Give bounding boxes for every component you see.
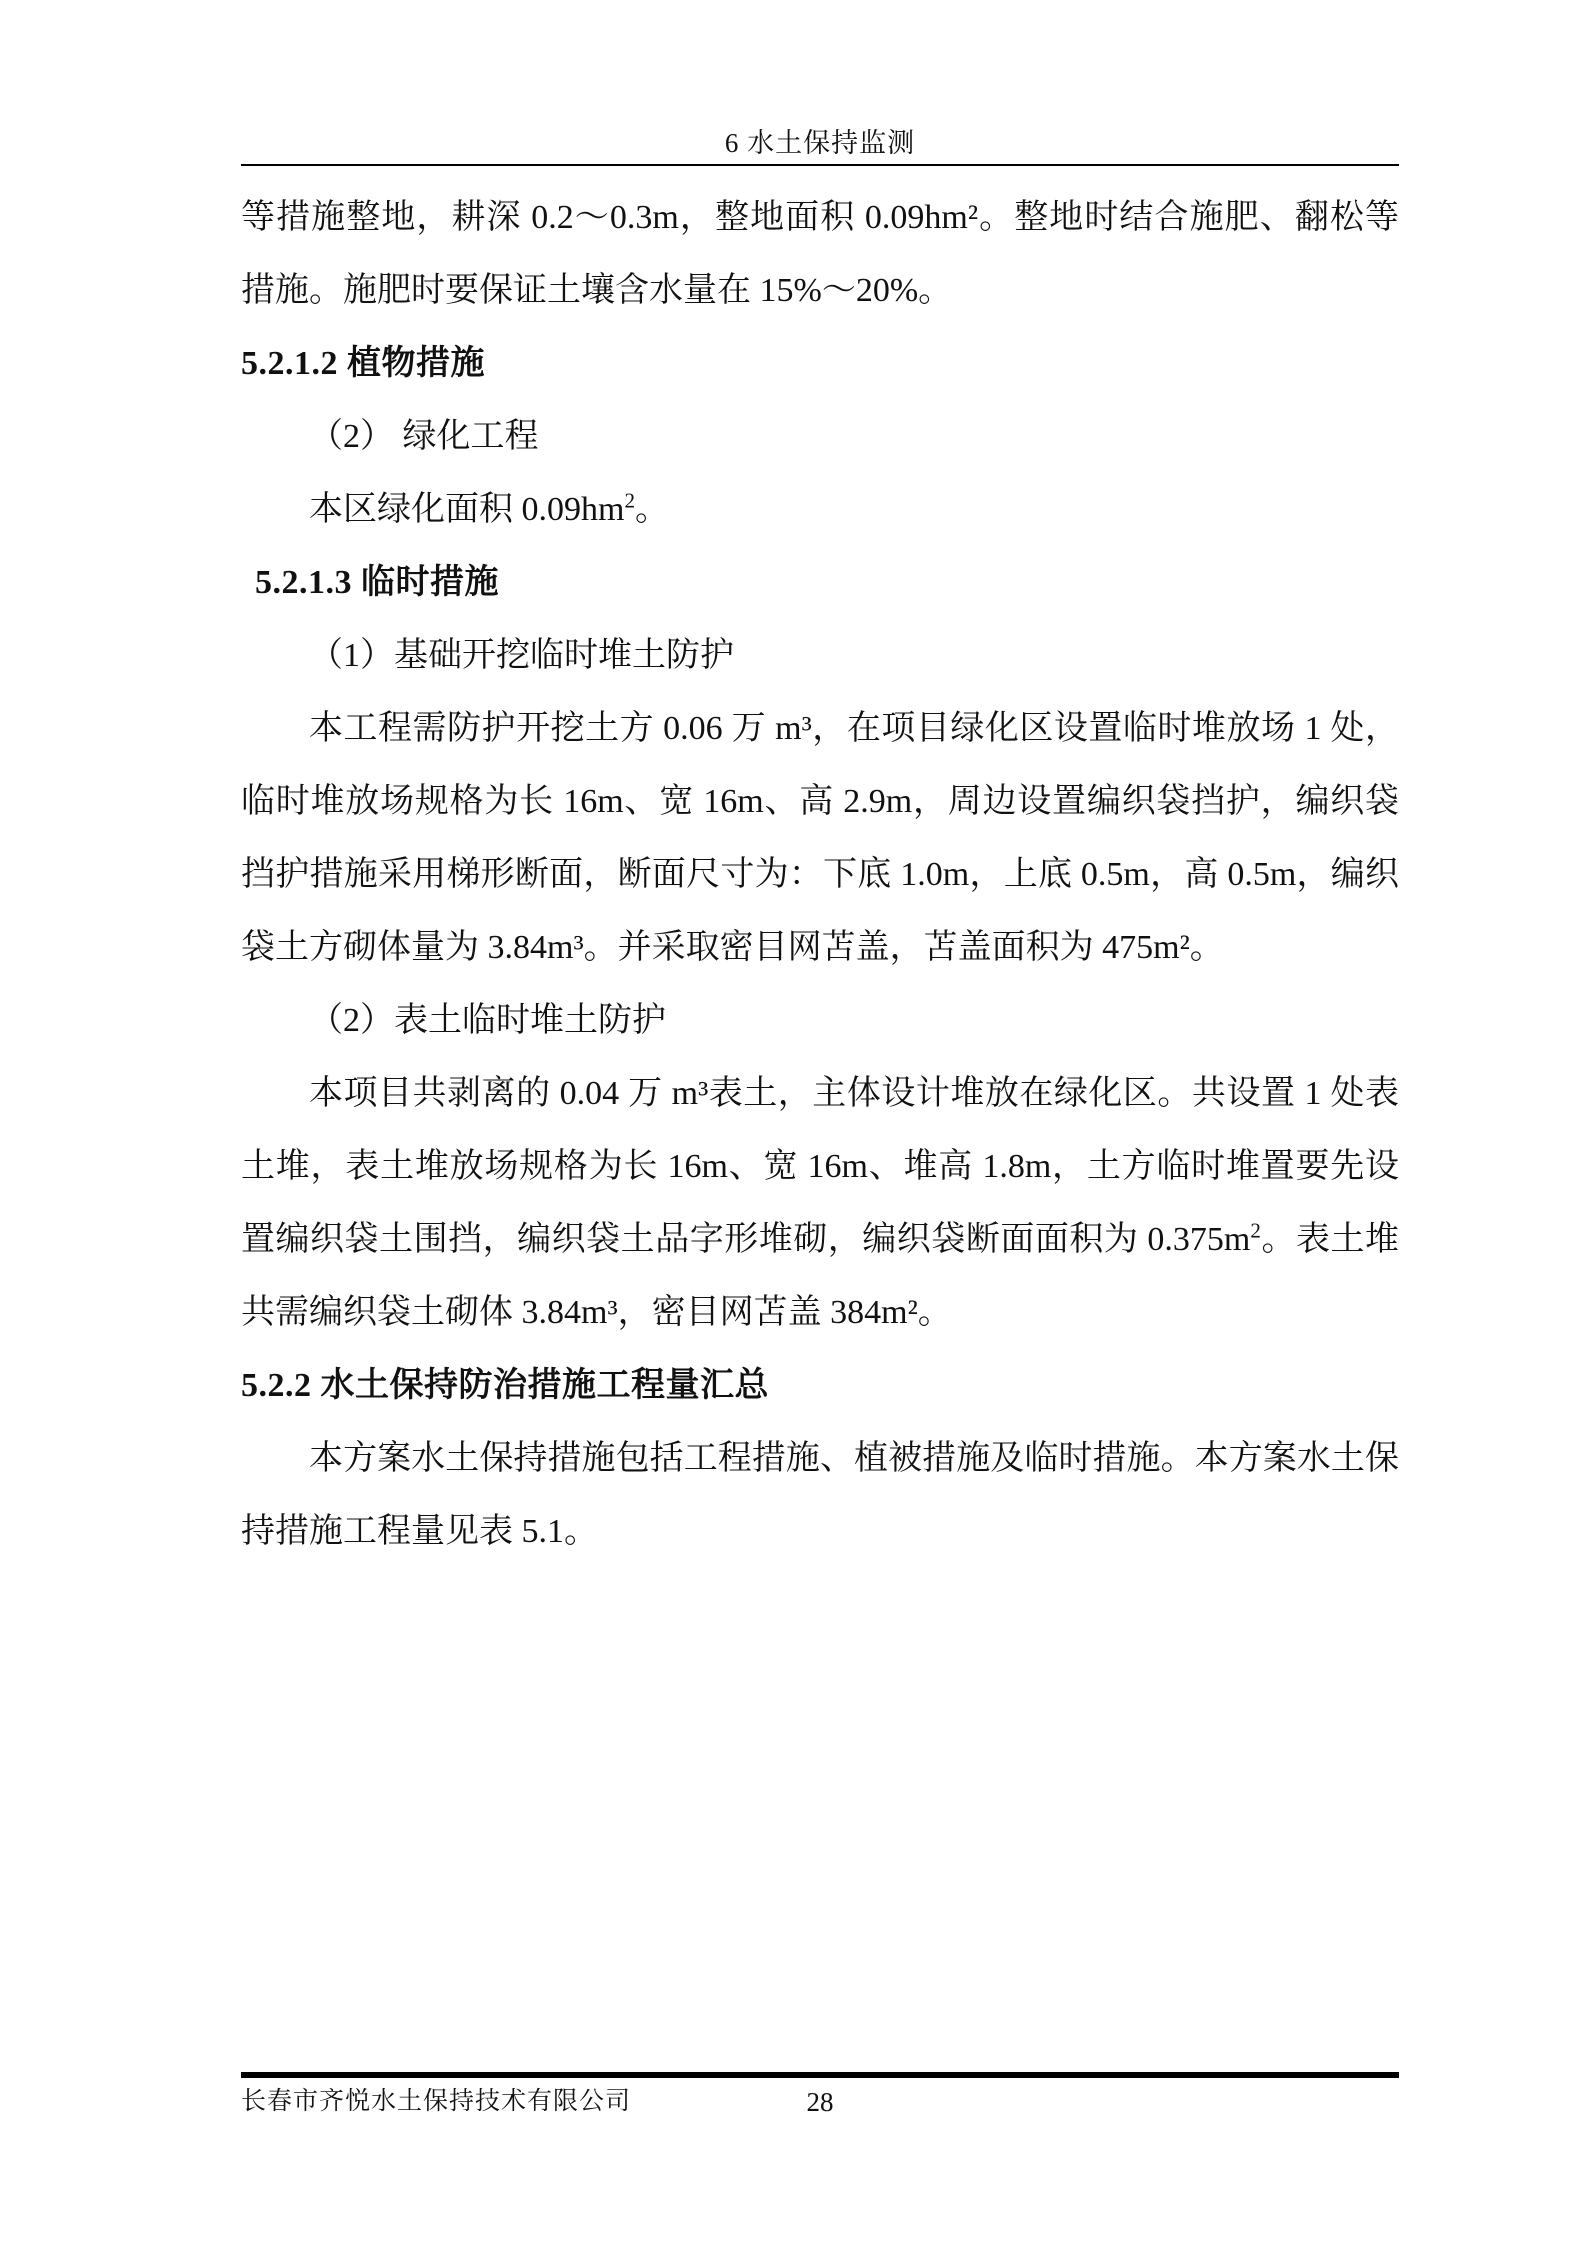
running-footer: 长春市齐悦水土保持技术有限公司 28 <box>241 2084 1399 2124</box>
document-page: 6 水土保持监测 等措施整地，耕深 0.2～0.3m，整地面积 0.09hm²。… <box>0 0 1587 2245</box>
text-run: 5.2.2 水土保持防治措施工程量汇总 <box>241 1367 769 1404</box>
running-header-title: 6 水土保持监测 <box>241 126 1399 160</box>
footer-page-number: 28 <box>241 2084 1399 2120</box>
text-run: （2） 绿化工程 <box>309 418 539 455</box>
text-run: （2）表土临时堆土防护 <box>309 1002 666 1039</box>
paragraph: （1）基础开挖临时堆土防护 <box>241 619 1399 692</box>
text-run: 本方案水土保持措施包括工程措施、植被措施及临时措施。本方案水土保持措施工程量见表… <box>241 1440 1399 1550</box>
text-run: 5.2.1.3 临时措施 <box>255 564 499 601</box>
superscript-text: 2 <box>1250 1219 1261 1243</box>
paragraph: 本区绿化面积 0.09hm2。 <box>241 473 1399 546</box>
paragraph: （2）表土临时堆土防护 <box>241 984 1399 1057</box>
header-rule <box>241 164 1399 166</box>
paragraph: （2） 绿化工程 <box>241 400 1399 473</box>
text-run: 。 <box>635 491 669 528</box>
section-heading: 5.2.2 水土保持防治措施工程量汇总 <box>241 1349 1399 1422</box>
text-run: 本工程需防护开挖土方 0.06 万 m³，在项目绿化区设置临时堆放场 1 处，临… <box>241 710 1399 966</box>
paragraph: 本工程需防护开挖土方 0.06 万 m³，在项目绿化区设置临时堆放场 1 处，临… <box>241 692 1399 984</box>
paragraph: 本项目共剥离的 0.04 万 m³表土，主体设计堆放在绿化区。共设置 1 处表土… <box>241 1057 1399 1349</box>
section-heading: 5.2.1.3 临时措施 <box>241 546 1399 619</box>
document-body: 等措施整地，耕深 0.2～0.3m，整地面积 0.09hm²。整地时结合施肥、翻… <box>241 181 1399 1568</box>
paragraph: 本方案水土保持措施包括工程措施、植被措施及临时措施。本方案水土保持措施工程量见表… <box>241 1422 1399 1568</box>
text-run: 等措施整地，耕深 0.2～0.3m，整地面积 0.09hm²。整地时结合施肥、翻… <box>241 199 1399 309</box>
text-run: 本项目共剥离的 0.04 万 m³表土，主体设计堆放在绿化区。共设置 1 处表土… <box>241 1075 1399 1258</box>
section-heading: 5.2.1.2 植物措施 <box>241 327 1399 400</box>
superscript-text: 2 <box>624 489 635 513</box>
paragraph: 等措施整地，耕深 0.2～0.3m，整地面积 0.09hm²。整地时结合施肥、翻… <box>241 181 1399 327</box>
text-run: （1）基础开挖临时堆土防护 <box>309 637 734 674</box>
footer-rule <box>241 2072 1399 2078</box>
text-run: 本区绿化面积 0.09hm <box>309 491 624 528</box>
text-run: 5.2.1.2 植物措施 <box>241 345 485 382</box>
